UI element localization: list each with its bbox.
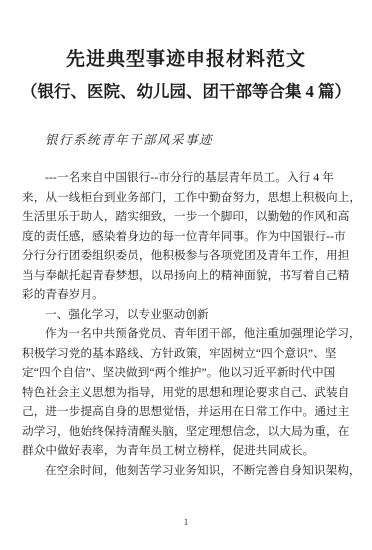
body-line: 度的责任感，感染着身边的每一位青年同事。作为中国银行--市 [22, 227, 356, 247]
body-line: 当与奉献托起青春梦想，以昂扬向上的精神面貌，书写着自己精 [22, 266, 356, 286]
body-line: 积极学习党的基本路线、方针政策，牢固树立“四个意识”、坚 [22, 344, 356, 364]
doc-title-line-2: （银行、医院、幼儿园、团干部等合集 4 篇） [0, 78, 372, 102]
body-line: ---一名来自中国银行--市分行的基层青年员工。入行 4 年 [22, 168, 356, 188]
body-line: 特色社会主义思想为指导，用党的思想和理论要求自己、武装自 [22, 383, 356, 403]
section-heading: 银行系统青年干部风采事迹 [45, 130, 213, 148]
body-line: 彩的青春岁月。 [22, 285, 356, 305]
body-line: 己，进一步提高自身的思想觉悟，并运用在日常工作中。通过主 [22, 402, 356, 422]
body-line: 分行分行团委组织委员，他积极参与各项党团及青年工作，用担 [22, 246, 356, 266]
body-line: 群众中做好表率，为青年员工树立榜样，促进共同成长。 [22, 441, 356, 461]
body-line: 生活里乐于助人，踏实细致，一步一个脚印，以勤勉的作风和高 [22, 207, 356, 227]
sub-heading: 一、强化学习，以专业驱动创新 [22, 305, 356, 325]
body-line: 作为一名中共预备党员、青年团干部，他注重加强理论学习， [22, 324, 356, 344]
body-line: 在空余时间，他刻苦学习业务知识，不断完善自身知识架构， [22, 461, 356, 481]
body-line: 动学习，他始终保持清醒头脑，坚定理想信念，以大局为重，在 [22, 422, 356, 442]
body-line: 来，从一线柜台到业务部门，工作中勤奋努力，思想上积极向上， [22, 188, 356, 208]
document-page: 先进典型事迹申报材料范文 （银行、医院、幼儿园、团干部等合集 4 篇） 银行系统… [0, 0, 372, 550]
doc-title-line-1: 先进典型事迹申报材料范文 [0, 44, 372, 71]
body-line: 定“四个自信”、坚决做到“两个维护”。他以习近平新时代中国 [22, 363, 356, 383]
body-text-block: ---一名来自中国银行--市分行的基层青年员工。入行 4 年 来，从一线柜台到业… [22, 168, 356, 480]
page-number: 1 [0, 517, 372, 527]
